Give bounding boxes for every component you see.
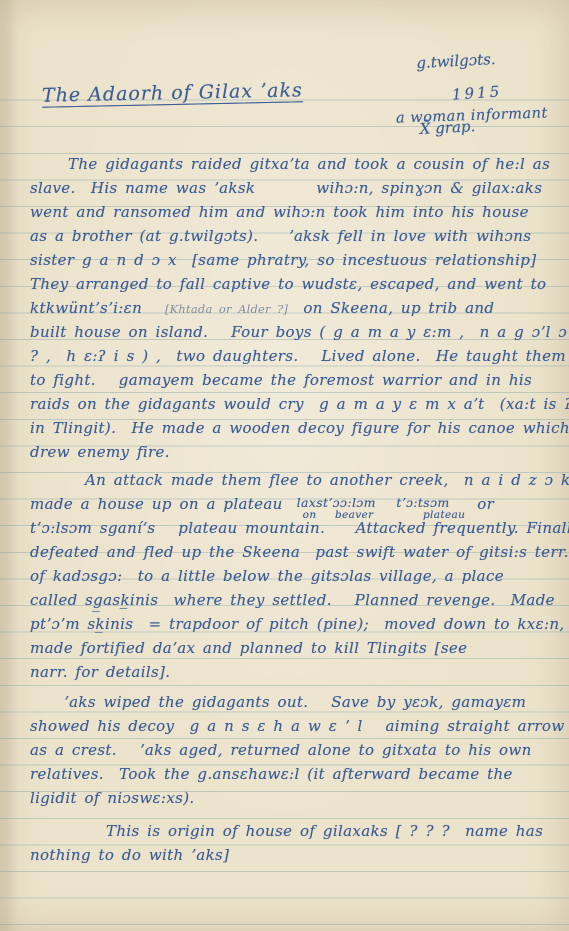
manuscript-line: sister g a n d ɔ x [same phratry, so inc…: [30, 248, 550, 272]
manuscript-line: in Tlingit). He made a wooden decoy figu…: [30, 416, 550, 440]
manuscript-line: slave. His name was ʼaksk wihɔ:n, spinɣɔ…: [30, 176, 550, 200]
manuscript-line: showed his decoy g a n s ε h a w ε ʼ l a…: [30, 714, 550, 738]
manuscript-line: ktkwüntʼsʼi:εn [Khtada or Alder ?] on Sk…: [30, 296, 550, 320]
manuscript-line: This is origin of house of gilaxaks [ ? …: [30, 819, 550, 843]
gloss-native-text: laxstʼɔɔ:lɔm tʼɔ:tsɔm: [297, 497, 466, 509]
manuscript-line: drew enemy fire.: [30, 440, 550, 464]
manuscript-line: built house on island. Four boys ( g a m…: [30, 320, 550, 344]
manuscript-title: The Adaorh of Gilax ʼaks: [42, 79, 303, 106]
gloss-or-word: or: [477, 495, 494, 513]
manuscript-line: to fight. gamayem became the foremost wa…: [30, 368, 550, 392]
manuscript-line: as a crest. ʼaks aged, returned alone to…: [30, 738, 550, 762]
manuscript-line-main: made a house up on a plateau: [30, 495, 283, 513]
manuscript-line: called sg̲ask̲inis where they settled. P…: [30, 588, 550, 612]
manuscript-line: ptʼɔʼm sk̲inis = trapdoor of pitch (pine…: [30, 612, 550, 636]
manuscript-line: An attack made them flee to another cree…: [30, 468, 550, 492]
manuscript-line: nothing to do with ʼaks]: [30, 843, 550, 867]
manuscript-body: The gidagants raided gitxaʼta and took a…: [30, 152, 550, 867]
manuscript-line: went and ransomed him and wihɔ:n took hi…: [30, 200, 550, 224]
manuscript-line: raids on the gidagants would cry g a m a…: [30, 392, 550, 416]
manuscript-line: made fortified daʼax and planned to kill…: [30, 636, 550, 660]
manuscript-line: ʼaks wiped the gidagants out. Save by yε…: [30, 690, 550, 714]
header-place-note: g.twilgɔts.: [416, 48, 496, 74]
manuscript-year: 1915: [451, 82, 502, 103]
manuscript-line: made a house up on a plateaulaxstʼɔɔ:lɔm…: [30, 492, 550, 516]
manuscript-page: g.twilgɔts. X̄ grap. The Adaorh of Gilax…: [0, 0, 569, 931]
native-word: ktkwüntʼsʼi:εn: [30, 299, 165, 317]
manuscript-line: They arranged to fall captive to wudstε,…: [30, 272, 550, 296]
manuscript-line: relatives. Took the g.ansεhawε:l (it aft…: [30, 762, 550, 786]
manuscript-line-rest: on Skeena, up trib and: [288, 299, 494, 317]
manuscript-line: ligidit of niɔswε:xs).: [30, 786, 550, 810]
manuscript-line: tʼɔ:lsɔm sganíʼs plateau mountain. Attac…: [30, 516, 550, 540]
manuscript-line: ? , h ε:ʔ i s ) , two daughters. Lived a…: [30, 344, 550, 368]
manuscript-line: of kadɔsgɔ: to a little below the gitsɔl…: [30, 564, 550, 588]
manuscript-line: The gidagants raided gitxaʼta and took a…: [30, 152, 550, 176]
manuscript-line: defeated and fled up the Skeena past swi…: [30, 540, 550, 564]
manuscript-line: as a brother (at g.twilgɔts). ʼaksk fell…: [30, 224, 550, 248]
manuscript-line: narr. for details].: [30, 660, 550, 684]
pencil-annotation: [Khtada or Alder ?]: [165, 302, 288, 316]
